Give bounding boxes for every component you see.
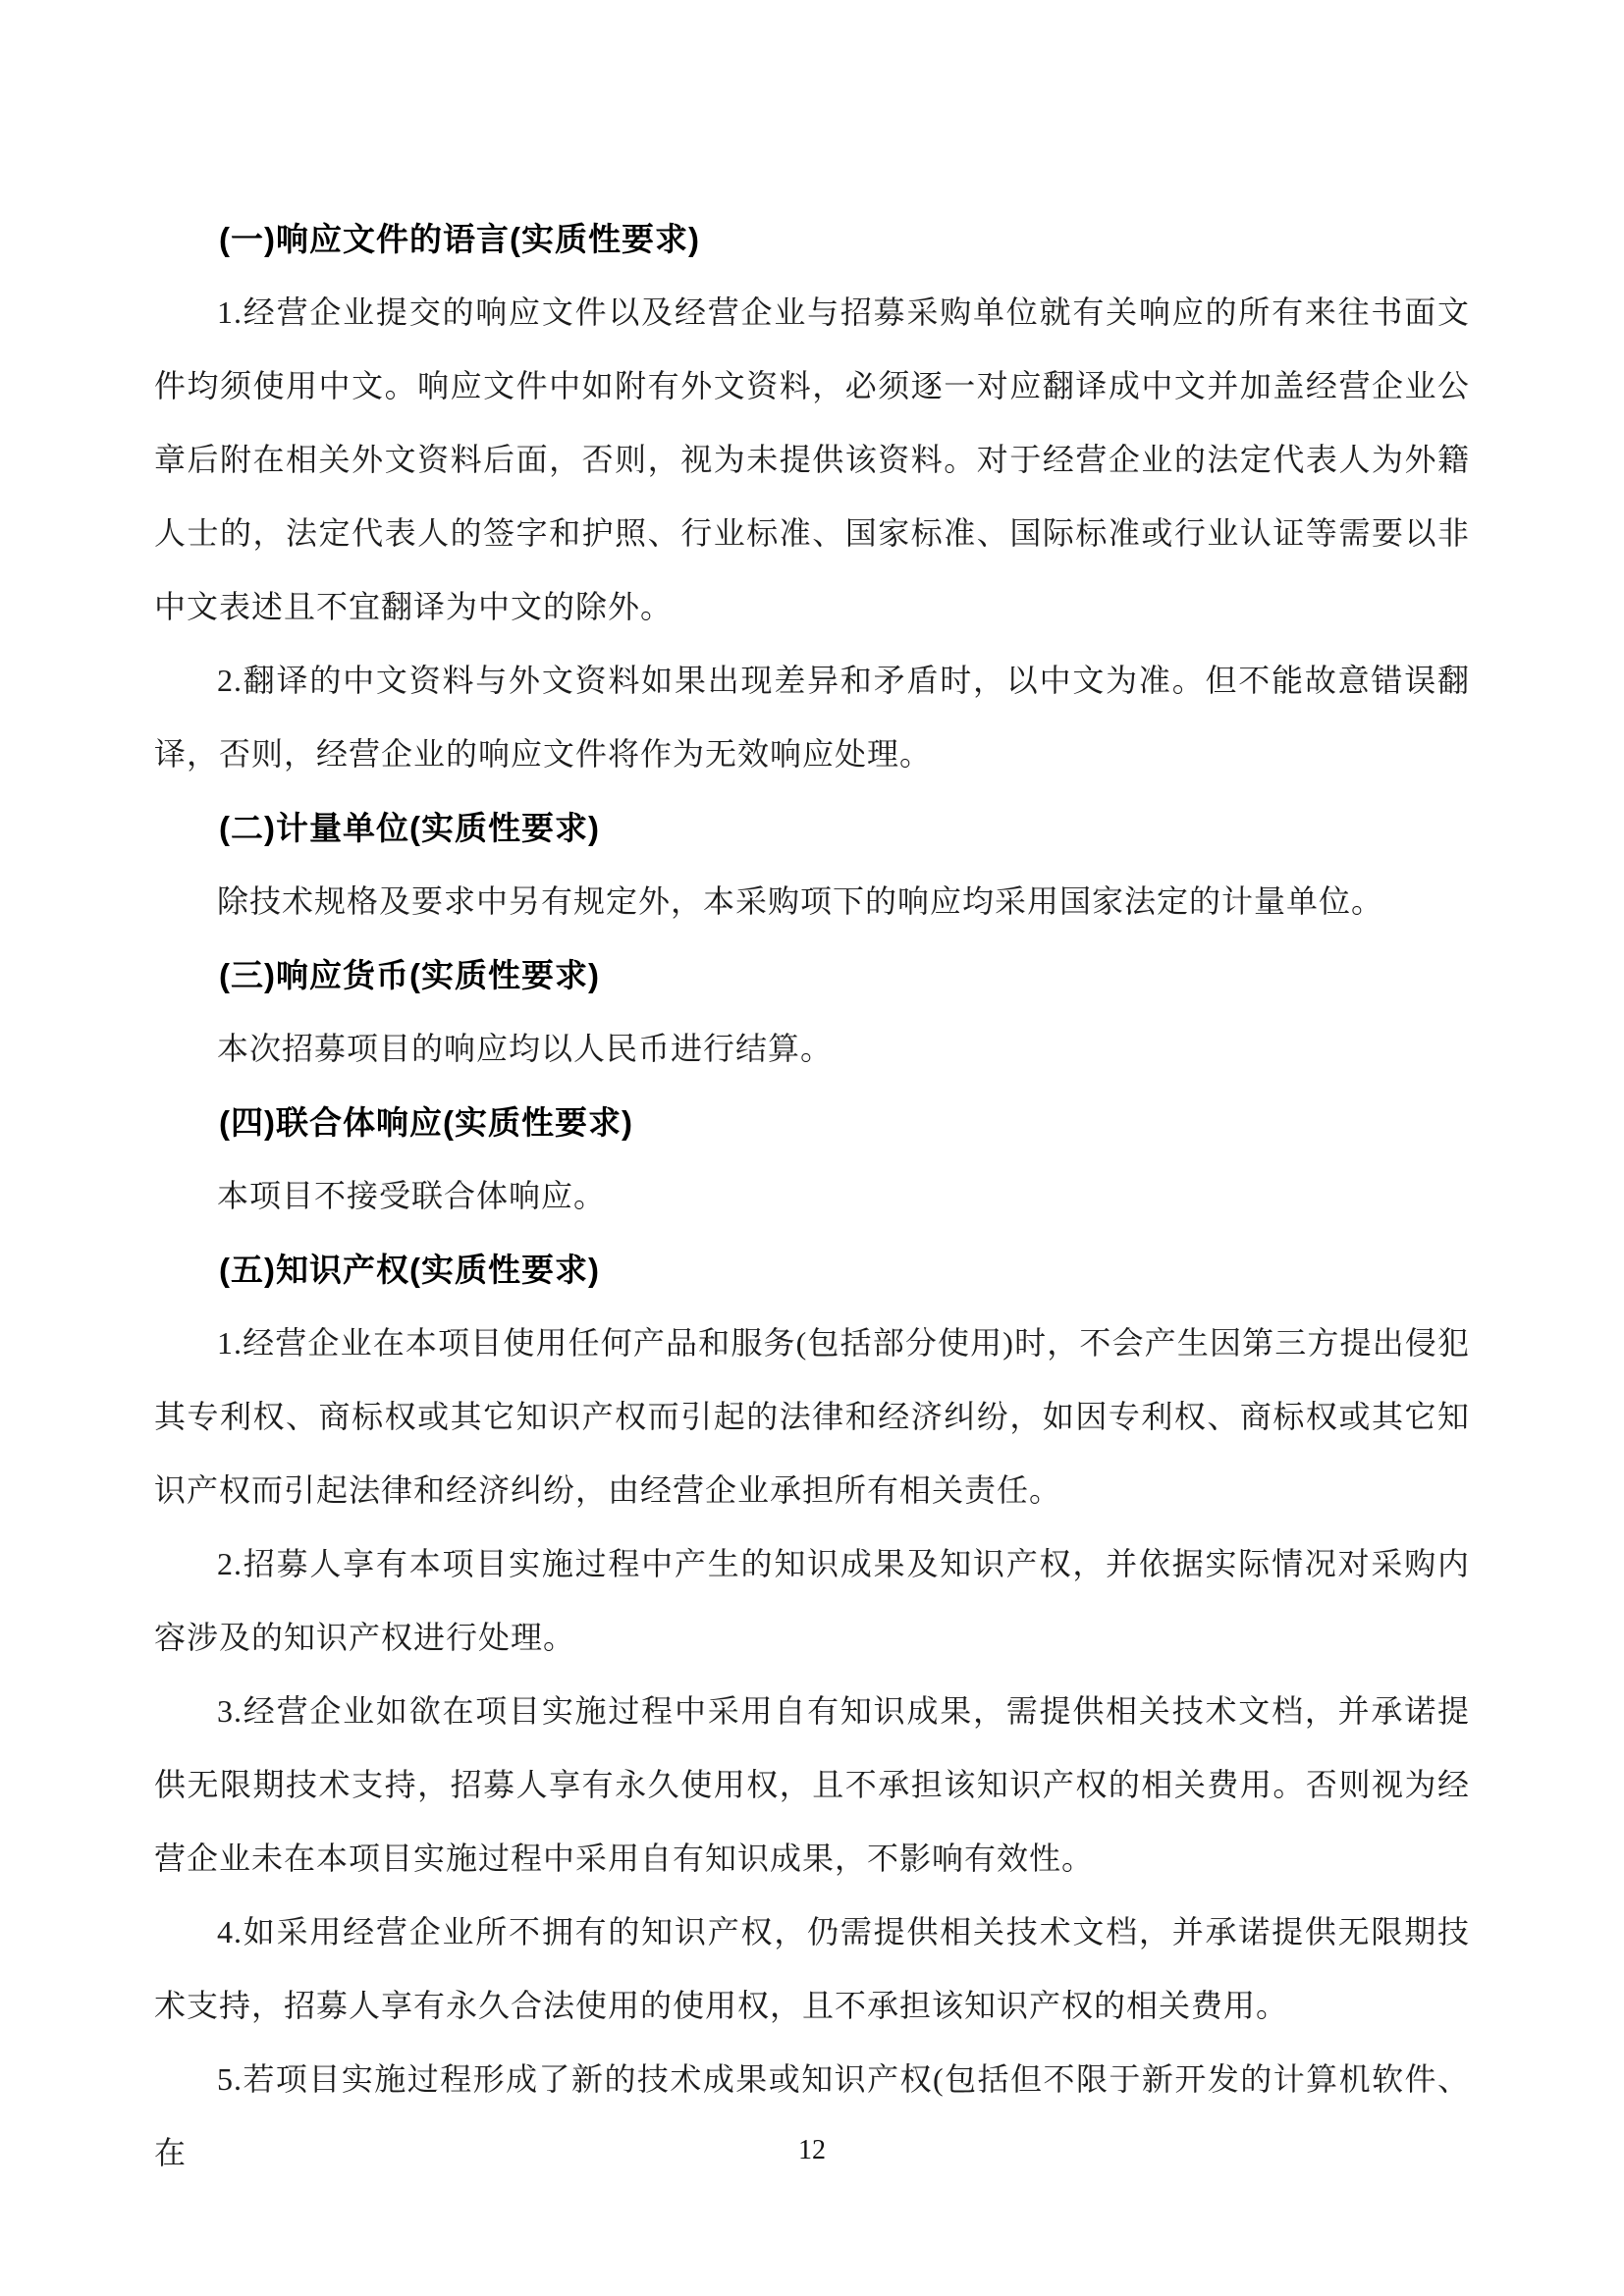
document-page: (一)响应文件的语言(实质性要求) 1.经营企业提交的响应文件以及经营企业与招募… [0,0,1624,2296]
document-body: (一)响应文件的语言(实质性要求) 1.经营企业提交的响应文件以及经营企业与招募… [0,0,1624,2190]
paragraph-language-rule-2: 2.翻译的中文资料与外文资料如果出现差异和矛盾时，以中文为准。但不能故意错误翻译… [154,644,1470,791]
section-heading-intellectual-property: (五)知识产权(实质性要求) [154,1233,1470,1307]
section-heading-consortium-response: (四)联合体响应(实质性要求) [154,1086,1470,1159]
page-number: 12 [0,2135,1624,2166]
paragraph-ip-rule-4: 4.如采用经营企业所不拥有的知识产权，仍需提供相关技术文档，并承诺提供无限期技术… [154,1896,1470,2043]
section-heading-response-currency: (三)响应货币(实质性要求) [154,938,1470,1012]
paragraph-ip-rule-1: 1.经营企业在本项目使用任何产品和服务(包括部分使用)时，不会产生因第三方提出侵… [154,1307,1470,1527]
paragraph-language-rule-1: 1.经营企业提交的响应文件以及经营企业与招募采购单位就有关响应的所有来往书面文件… [154,276,1470,644]
section-heading-response-language: (一)响应文件的语言(实质性要求) [154,202,1470,276]
paragraph-ip-rule-2: 2.招募人享有本项目实施过程中产生的知识成果及知识产权，并依据实际情况对采购内容… [154,1527,1470,1675]
paragraph-ip-rule-3: 3.经营企业如欲在项目实施过程中采用自有知识成果，需提供相关技术文档，并承诺提供… [154,1675,1470,1896]
paragraph-ip-rule-5-truncated: 5.若项目实施过程形成了新的技术成果或知识产权(包括但不限于新开发的计算机软件、… [154,2043,1470,2190]
section-heading-measurement-units: (二)计量单位(实质性要求) [154,791,1470,865]
paragraph-measurement-units: 除技术规格及要求中另有规定外，本采购项下的响应均采用国家法定的计量单位。 [154,865,1470,938]
paragraph-consortium-response: 本项目不接受联合体响应。 [154,1159,1470,1233]
paragraph-response-currency: 本次招募项目的响应均以人民币进行结算。 [154,1012,1470,1086]
